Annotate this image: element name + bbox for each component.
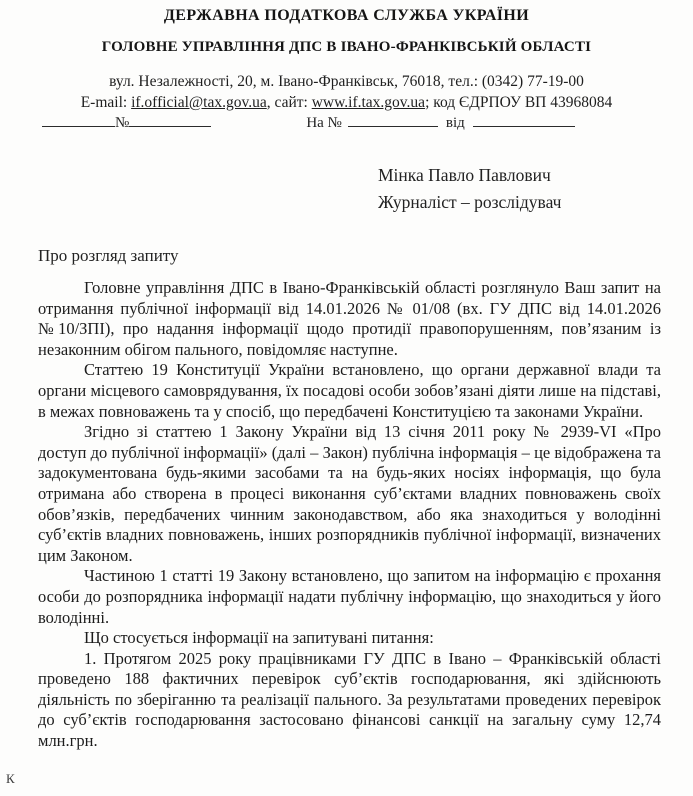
site-label: , сайт:	[267, 94, 312, 111]
recipient-role: Журналіст – розслідувач	[378, 189, 561, 216]
incoming-number-label: На №	[306, 115, 342, 131]
body-paragraph: 1. Протягом 2025 року працівниками ГУ ДП…	[38, 649, 661, 752]
body-paragraph: Що стосується інформації на запитувані п…	[38, 628, 661, 649]
edrpou-code: ; код ЄДРПОУ ВП 43968084	[425, 94, 612, 111]
org-name-main: ГОЛОВНЕ УПРАВЛІННЯ ДПС В ІВАНО-ФРАНКІВСЬ…	[0, 39, 693, 56]
body-paragraph: Згідно зі статтею 1 Закону України від 1…	[38, 422, 661, 566]
scanned-letter-page: ДЕРЖАВНА ПОДАТКОВА СЛУЖБА УКРАЇНИ ГОЛОВН…	[0, 0, 693, 796]
letter-body: Головне управління ДПС в Івано-Франківсь…	[38, 278, 661, 752]
site-address: www.if.tax.gov.ua	[312, 94, 425, 111]
incoming-number-blank	[348, 111, 438, 127]
email-address: if.official@tax.gov.ua	[131, 94, 267, 111]
recipient-block: Мінка Павло Павлович Журналіст – розслід…	[378, 162, 561, 216]
outgoing-date-blank	[42, 111, 115, 127]
body-paragraph: Статтею 19 Конституції України встановле…	[38, 360, 661, 422]
org-address-line: вул. Незалежності, 20, м. Івано-Франківс…	[0, 73, 693, 91]
incoming-date-blank	[473, 111, 575, 127]
scan-artifact-letter: К	[6, 771, 15, 787]
outgoing-number-blank	[129, 111, 211, 127]
body-paragraph: Головне управління ДПС в Івано-Франківсь…	[38, 278, 661, 360]
reference-line: №На №від	[42, 111, 575, 132]
subject-line: Про розгляд запиту	[38, 246, 179, 266]
email-label: E-mail:	[81, 94, 131, 111]
org-name-top: ДЕРЖАВНА ПОДАТКОВА СЛУЖБА УКРАЇНИ	[0, 7, 693, 25]
outgoing-number-symbol: №	[115, 115, 129, 131]
body-paragraph: Частиною 1 статті 19 Закону встановлено,…	[38, 566, 661, 628]
org-contacts-line: E-mail: if.official@tax.gov.ua, сайт: ww…	[0, 94, 693, 112]
incoming-date-label: від	[446, 115, 465, 131]
recipient-name: Мінка Павло Павлович	[378, 162, 561, 189]
